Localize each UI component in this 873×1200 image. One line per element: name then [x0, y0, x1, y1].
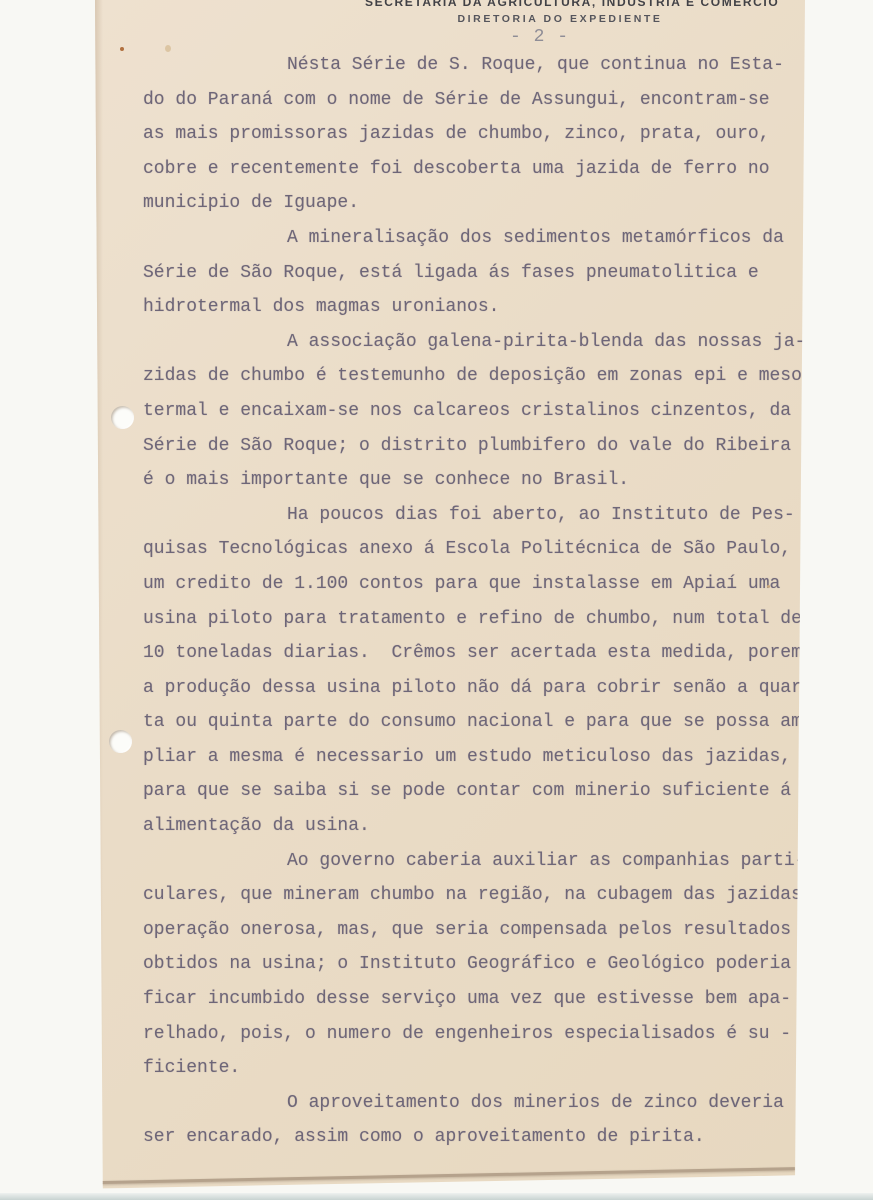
paper-sheet: SECRETARIA DA AGRICULTURA, INDUSTRIA E C… — [95, 0, 805, 1192]
typed-line: O aproveitamento dos minerios de zinco d… — [143, 1086, 819, 1121]
typed-line: pliar a mesma é necessario um estudo met… — [143, 740, 819, 775]
typed-line: 10 toneladas diarias. Crêmos ser acertad… — [143, 636, 819, 671]
typed-line: alimentação da usina. — [143, 809, 819, 844]
typed-line: A mineralisação dos sedimentos metamórfi… — [143, 221, 819, 256]
typed-line: Nésta Série de S. Roque, que continua no… — [143, 48, 819, 83]
typed-line: ficiente. — [143, 1051, 819, 1086]
typed-line: as mais promissoras jazidas de chumbo, z… — [143, 117, 819, 152]
typed-line: culares, que mineram chumbo na região, n… — [143, 878, 819, 913]
typed-line: obtidos na usina; o Instituto Geográfico… — [143, 947, 819, 982]
typed-line: Série de São Roque; o distrito plumbifer… — [143, 429, 819, 464]
typed-line: A associação galena-pirita-blenda das no… — [143, 325, 819, 360]
typed-line: usina piloto para tratamento e refino de… — [143, 602, 819, 637]
typewritten-body: Nésta Série de S. Roque, que continua no… — [143, 48, 819, 1155]
page-number: - 2 - — [510, 27, 569, 47]
typed-line: Série de São Roque, está ligada ás fases… — [143, 256, 819, 291]
scanner-bed-strip — [0, 1193, 873, 1200]
typed-line: municipio de Iguape. — [143, 186, 819, 221]
paper-bottom-edge — [101, 1167, 795, 1184]
typed-line: quisas Tecnológicas anexo á Escola Polit… — [143, 532, 819, 567]
paper-left-edge-shadow — [95, 0, 103, 1192]
punch-hole — [111, 406, 134, 429]
typed-line: do do Paraná com o nome de Série de Assu… — [143, 83, 819, 118]
typed-line: Ao governo caberia auxiliar as companhia… — [143, 844, 819, 879]
typed-line: ficar incumbido desse serviço uma vez qu… — [143, 982, 819, 1017]
typed-line: ser encarado, assim como o aproveitament… — [143, 1120, 819, 1155]
typed-line: é o mais importante que se conhece no Br… — [143, 463, 819, 498]
typed-line: a produção dessa usina piloto não dá par… — [143, 671, 819, 706]
scanned-document: SECRETARIA DA AGRICULTURA, INDUSTRIA E C… — [0, 0, 873, 1200]
typed-line: hidrotermal dos magmas uronianos. — [143, 290, 819, 325]
typed-line: Ha poucos dias foi aberto, ao Instituto … — [143, 498, 819, 533]
typed-line: cobre e recentemente foi descoberta uma … — [143, 152, 819, 187]
typed-line: termal e encaixam-se nos calcareos crist… — [143, 394, 819, 429]
letterhead-organization: SECRETARIA DA AGRICULTURA, INDUSTRIA E C… — [365, 0, 765, 9]
paper-speck — [767, 585, 770, 588]
typed-line: operação onerosa, mas, que seria compens… — [143, 913, 819, 948]
typed-line: um credito de 1.100 contos para que inst… — [143, 567, 819, 602]
typed-line: para que se saiba si se pode contar com … — [143, 774, 819, 809]
typed-line: relhado, pois, o numero de engenheiros e… — [143, 1017, 819, 1052]
typed-line: ta ou quinta parte do consumo nacional e… — [143, 705, 819, 740]
punch-hole — [109, 730, 132, 753]
paper-speck — [165, 45, 171, 52]
letterhead-department: DIRETORIA DO EXPEDIENTE — [360, 13, 760, 25]
paper-speck — [120, 47, 124, 51]
typed-line: zidas de chumbo é testemunho de deposiçã… — [143, 359, 819, 394]
